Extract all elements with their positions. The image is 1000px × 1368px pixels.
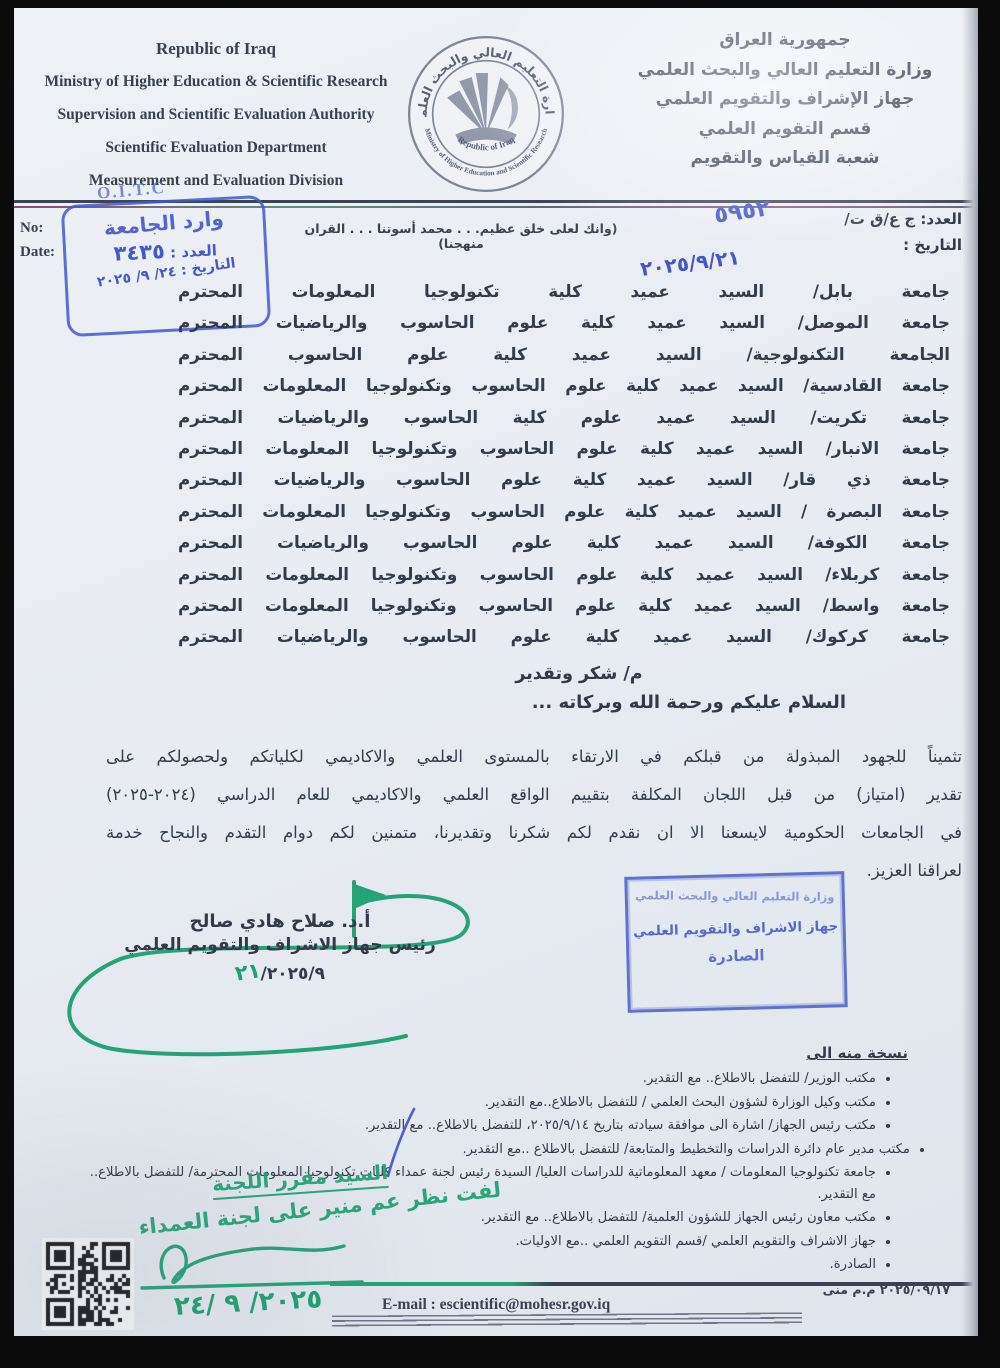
ministry-seal-icon: وزارة التعليم العالي والبحث العلمي Repub… xyxy=(404,30,568,198)
addressee-line: جامعة كركوك/ السيد عميد كلية علوم الحاسو… xyxy=(178,621,950,652)
cc-item: مكتب الوزير/ للتفضل بالاطلاع.. مع التقدي… xyxy=(84,1068,876,1090)
typist-note: ٢٠٢٥/٠٩/١٧ م.م منى xyxy=(823,1282,950,1297)
addressee-line: جامعة بابل/ السيد عميد كلية تكنولوجيا ال… xyxy=(178,276,950,307)
green-date: ٢٠٢٥/ ٩ /٢٤ xyxy=(173,1284,323,1322)
body-line: في الجامعات الحكومية لايسعنا الا ان نقدم… xyxy=(106,814,962,852)
letterhead-arabic: جمهورية العراق وزارة التعليم العالي والب… xyxy=(620,26,950,174)
addressee-line: جامعة تكريت/ السيد عميد علوم كلية الحاسو… xyxy=(178,402,950,433)
addressee-line: الجامعة التكنولوجية/ السيد عميد كلية علو… xyxy=(178,339,950,370)
qr-code xyxy=(42,1238,134,1330)
signatory-title: رئيس جهاز الاشراف والتقويم العلمي xyxy=(110,932,450,958)
letterhead-en-line: Republic of Iraq xyxy=(18,32,414,65)
letterhead-ar-line: جهاز الإشراف والتقويم العلمي xyxy=(620,85,950,115)
addressee-list: جامعة بابل/ السيد عميد كلية تكنولوجيا ال… xyxy=(178,276,950,653)
addressee-line: جامعة الانبار/ السيد عميد كلية علوم الحا… xyxy=(178,433,950,464)
addressee-line: جامعة الموصل/ السيد عميد كلية علوم الحاس… xyxy=(178,307,950,338)
date-label: Date: xyxy=(20,240,55,264)
addressee-line: جامعة واسط/ السيد عميد كلية علوم الحاسوب… xyxy=(178,590,950,621)
addressee-line: جامعة كربلاء/ السيد عميد كلية علوم الحاس… xyxy=(178,559,950,590)
outgoing-stamp-line3: الصادرة xyxy=(629,944,843,968)
addressee-line: جامعة البصرة / السيد عميد كلية علوم الحا… xyxy=(178,496,950,527)
salutation: السلام عليكم ورحمة الله وبركاته ... xyxy=(532,692,846,713)
ref-labels-english: No: Date: xyxy=(20,216,55,264)
signature-date: ٢٠٢٥/٩/٢١ xyxy=(110,958,450,988)
cc-item: مكتب رئيس الجهاز/ اشارة الى موافقة سيادت… xyxy=(84,1115,876,1137)
subject-line: م/ شكر وتقدير xyxy=(434,664,724,684)
cc-title: نسخة منه الى xyxy=(84,1044,908,1062)
motto-quote: (وانك لعلى خلق عظيم. . . محمد أسوتنا . .… xyxy=(296,221,626,251)
outgoing-stamp-line2: جهاز الاشراف والتقويم العلمي xyxy=(628,918,842,940)
ref-date-row: التاريخ : ٢٠٢٥/٩/٢١ xyxy=(622,232,962,258)
letterhead-ar-line: شعبة القياس والتقويم xyxy=(620,144,950,174)
letterhead-english: Republic of Iraq Ministry of Higher Educ… xyxy=(18,32,414,197)
signature-block: أ.د. صلاح هادي صالح رئيس جهاز الاشراف وا… xyxy=(110,911,450,988)
letterhead-en-line: Supervision and Scientific Evaluation Au… xyxy=(18,98,414,131)
letterhead-en-line: Ministry of Higher Education & Scientifi… xyxy=(18,65,414,98)
addressee-line: جامعة الكوفة/ السيد عميد كلية علوم الحاس… xyxy=(178,527,950,558)
signatory-name: أ.د. صلاح هادي صالح xyxy=(110,911,450,932)
ref-date-label: التاريخ : xyxy=(903,236,962,254)
ref-block-arabic: العدد: ج ع/ق ت/ ٥٩٥٢ التاريخ : ٢٠٢٥/٩/٢١ xyxy=(622,206,962,258)
outgoing-stamp-line1: وزارة التعليم العالي والبحث العلمي xyxy=(628,888,842,904)
footer-scan-lines xyxy=(332,1312,802,1327)
outgoing-stamp: وزارة التعليم العالي والبحث العلمي جهاز … xyxy=(624,871,847,1013)
ref-number-label: العدد: ج ع/ق ت/ xyxy=(844,210,962,228)
cc-item: مكتب مدير عام دائرة الدراسات والتخطيط وا… xyxy=(38,1139,910,1161)
ref-number-row: العدد: ج ع/ق ت/ ٥٩٥٢ xyxy=(622,206,962,232)
letterhead-ar-line: جمهورية العراق xyxy=(620,26,950,56)
addressee-line: جامعة ذي قار/ السيد عميد كلية علوم الحاس… xyxy=(178,464,950,495)
letterhead-en-line: Scientific Evaluation Department xyxy=(18,131,414,164)
no-label: No: xyxy=(20,216,55,240)
body-line: تقدير (امتياز) من قبل اللجان المكلفة بتق… xyxy=(106,776,962,814)
incoming-no-value: ٣٤٣٥ xyxy=(113,239,165,266)
letterhead-ar-line: وزارة التعليم العالي والبحث العلمي xyxy=(620,56,950,86)
body-paragraph: تثميناً للجهود المبذولة من قبلكم في الار… xyxy=(106,738,962,890)
addressee-line: جامعة القادسية/ السيد عميد كلية علوم الح… xyxy=(178,370,950,401)
signature-date-printed: ٢٠٢٥/٩/ xyxy=(261,964,325,984)
document-page: Republic of Iraq Ministry of Higher Educ… xyxy=(14,8,978,1336)
letterhead-en-line: Measurement and Evaluation Division xyxy=(18,164,414,197)
email-address: E-mail : escientific@mohesr.gov.iq xyxy=(382,1296,610,1314)
scan-edge xyxy=(962,8,978,1336)
letterhead-ar-line: قسم التقويم العلمي xyxy=(620,115,950,145)
cc-item: مكتب وكيل الوزارة لشؤون البحث العلمي / ل… xyxy=(84,1092,876,1114)
signature-date-day: ٢١ xyxy=(233,956,262,987)
body-line: تثميناً للجهود المبذولة من قبلكم في الار… xyxy=(106,738,962,776)
